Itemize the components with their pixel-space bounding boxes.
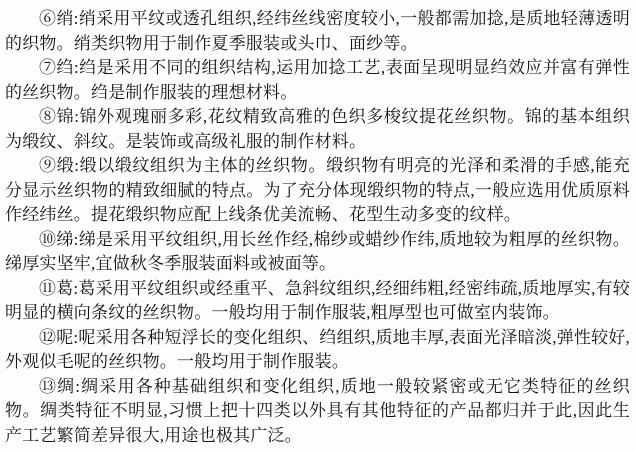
paragraph-ti-bengaline: ⑩绨:绨是采用平纹组织,用长丝作经,棉纱或蜡纱作纬,质地较为粗厚的丝织物。绨厚实… bbox=[5, 228, 630, 277]
paragraph-chou-silk: ⑬绸:绸采用各种基础组织和变化组织,质地一般较紧密或无它类特征的丝织物。绸类特征… bbox=[5, 375, 630, 449]
document-page: ⑥绡:绡采用平纹或透孔组织,经纬丝线密度较小,一般都需加捻,是质地轻薄透明的织物… bbox=[0, 0, 636, 452]
paragraph-ge-grosgrain: ⑪葛:葛采用平纹组织或经重平、急斜纹组织,经细纬粗,经密纬疏,质地厚实,有较明显… bbox=[5, 277, 630, 326]
paragraph-jin-brocade: ⑧锦:锦外观瑰丽多彩,花纹精致高雅的色织多梭纹提花丝织物。锦的基本组织为缎纹、斜… bbox=[5, 105, 630, 154]
paragraph-duan-satin: ⑨缎:缎以缎纹组织为主体的丝织物。缎织物有明亮的光泽和柔滑的手感,能充分显示丝织… bbox=[5, 154, 630, 228]
paragraph-zhou-crepe: ⑦绉:绉是采用不同的组织结构,运用加捻工艺,表面呈现明显绉效应并富有弹性的丝织物… bbox=[5, 56, 630, 105]
paragraph-ni-suiting: ⑫呢:呢采用各种短浮长的变化组织、绉组织,质地丰厚,表面光泽暗淡,弹性较好,外观… bbox=[5, 326, 630, 375]
paragraph-xiao-silk-gauze: ⑥绡:绡采用平纹或透孔组织,经纬丝线密度较小,一般都需加捻,是质地轻薄透明的织物… bbox=[5, 7, 630, 56]
